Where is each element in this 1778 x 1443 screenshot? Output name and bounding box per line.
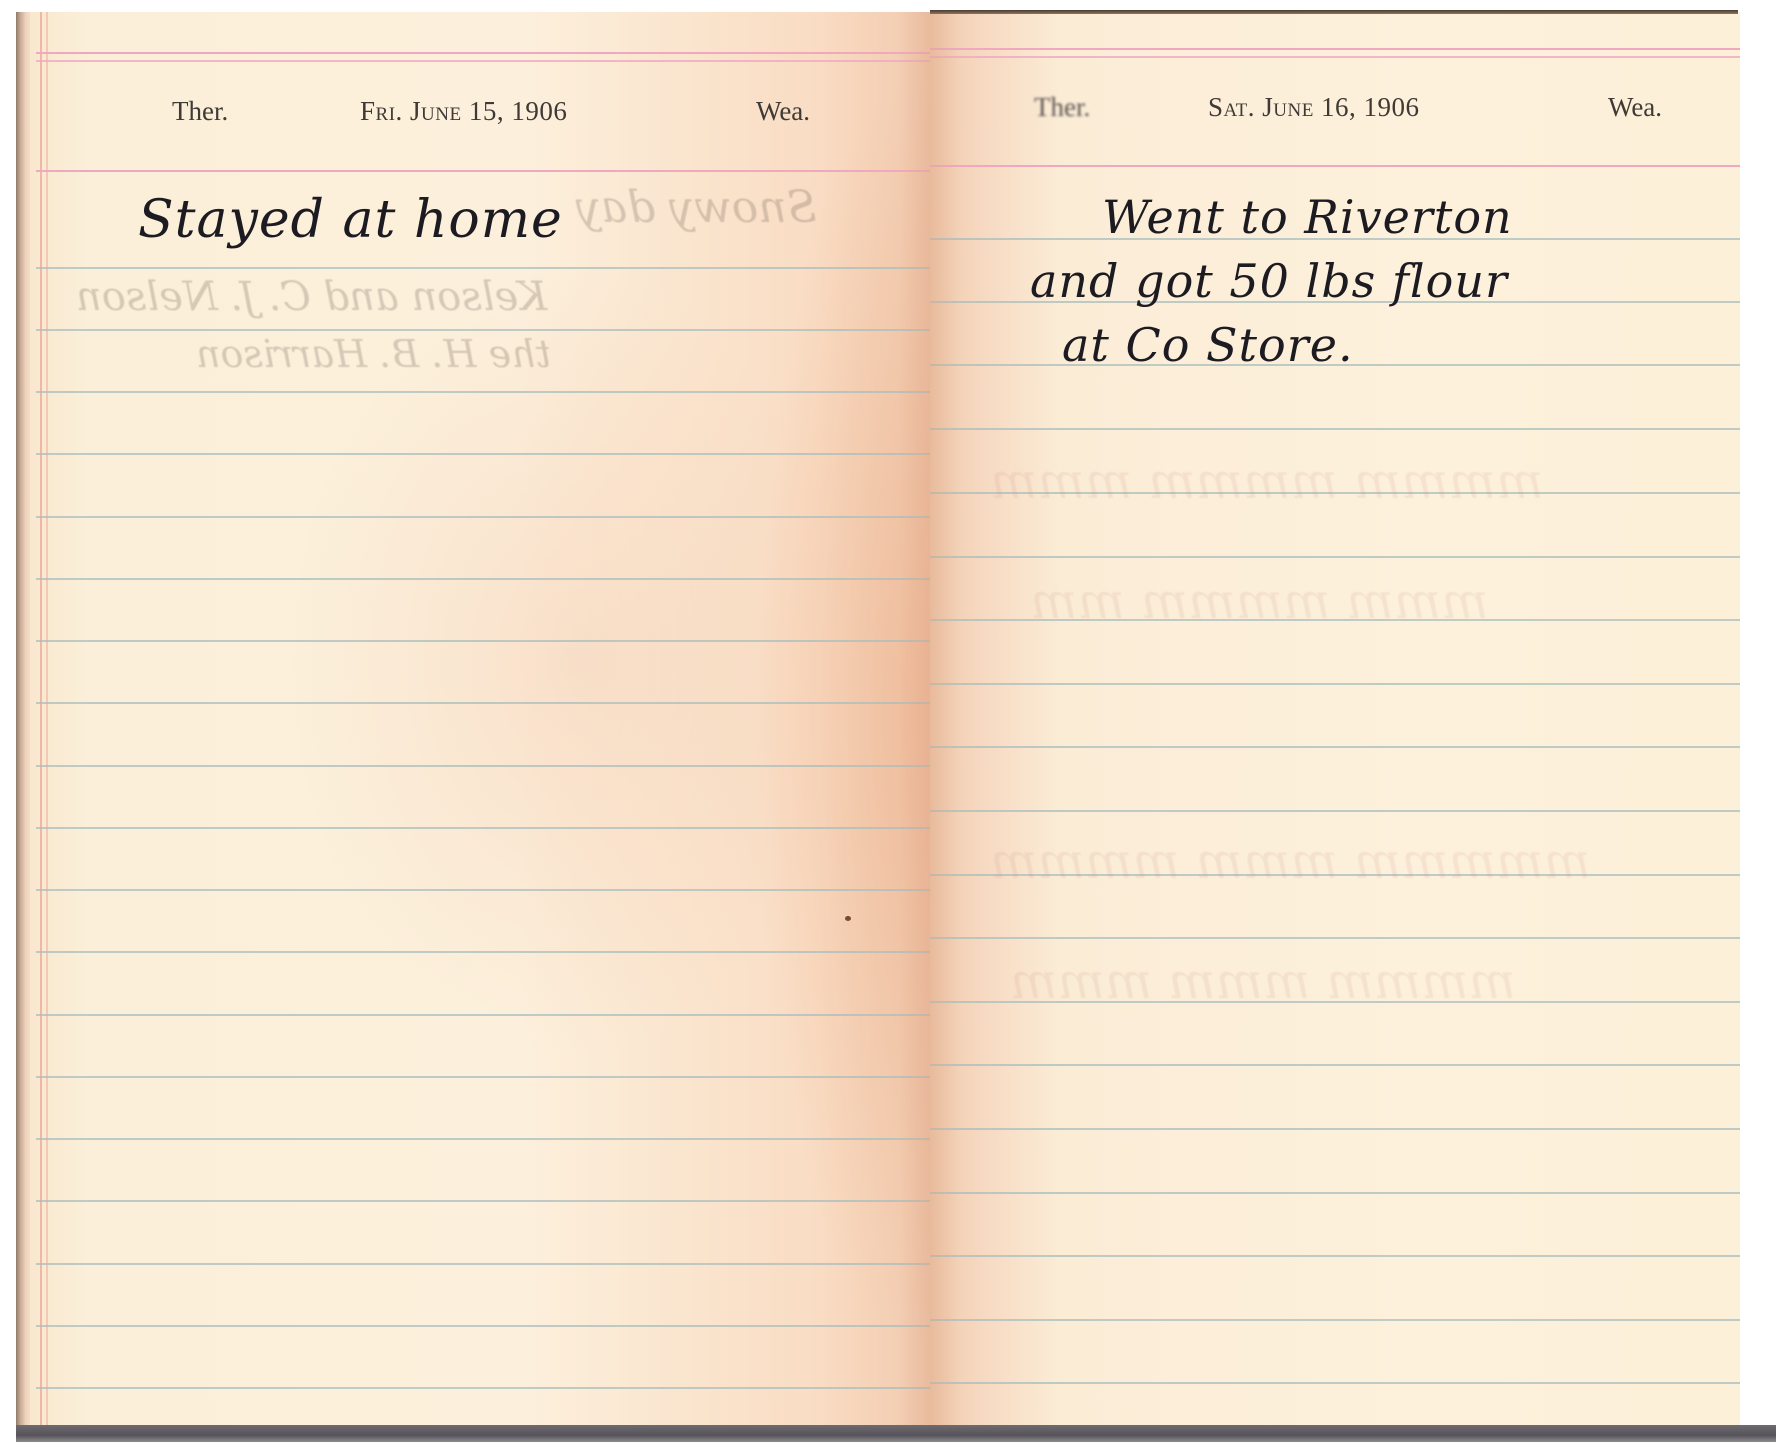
ruled-line [930,1319,1740,1321]
ruled-line [36,329,930,331]
ruled-line [930,1382,1740,1384]
bleed-through-text: mmmm mmm mmm [1010,952,1516,1010]
bleed-through-text: mmmmm mmm mmmm [990,832,1591,890]
ruled-line [930,683,1740,685]
date-label: June 15, 1906 [410,96,567,126]
ruled-line [36,640,930,642]
bleed-through-text: the H. B. Harrison [196,332,551,376]
ruled-line [930,810,1740,812]
ruled-line [36,1138,930,1140]
ruled-line [930,1064,1740,1066]
ruled-line [36,453,930,455]
ruled-line [36,951,930,953]
ruled-line [930,937,1740,939]
ruled-line [930,428,1740,430]
ruled-line [36,702,930,704]
ruled-line [36,827,930,829]
day-label: Sat. [1208,92,1255,122]
margin-rule [46,12,48,1426]
ruled-line [36,1200,930,1202]
diary-entry-line: Went to Riverton [1102,190,1513,244]
weather-label: Wea. [1608,92,1662,123]
thermometer-label: Ther. [1034,92,1090,123]
diary-entry-line: Stayed at home [138,190,563,250]
diary-spread: Ther. Fri. June 15, 1906 Wea. Snowy day [4,12,1774,1438]
thermometer-label: Ther. [172,96,228,127]
page-header: Ther. Sat. June 16, 1906 Wea. [930,92,1740,132]
top-double-rule [930,48,1740,50]
page-header: Ther. Fri. June 15, 1906 Wea. [16,96,930,136]
top-double-rule [36,60,930,62]
book-bottom-edge [16,1425,1776,1442]
bleed-through-text: mmmm mmmm mmm [990,452,1543,510]
header-rule [36,170,930,172]
diary-entry-line: at Co Store. [1062,318,1354,372]
weather-label: Wea. [756,96,810,127]
header-rule [930,165,1740,167]
ruled-line [36,267,930,269]
margin-rule [40,12,42,1426]
date-heading: Sat. June 16, 1906 [1208,92,1420,123]
left-page: Ther. Fri. June 15, 1906 Wea. Snowy day [16,12,930,1426]
ruled-line [930,556,1740,558]
ruled-line [36,1014,930,1016]
top-double-rule [930,56,1740,58]
bleed-through-text: Kelson and C. J. Nelson [76,274,547,320]
ink-speck [845,916,851,921]
date-label: June 16, 1906 [1262,92,1419,122]
top-double-rule [36,52,930,54]
ruled-line [36,578,930,580]
page-top-edge [930,10,1738,14]
date-heading: Fri. June 15, 1906 [360,96,567,127]
ruled-line [36,1076,930,1078]
bleed-through-text: Snowy day [576,182,817,233]
ruled-line [36,1387,930,1389]
bleed-through-text: mmm mmmm mm [1030,572,1489,630]
ruled-line [36,391,930,393]
ruled-line [36,889,930,891]
diary-entry-line: and got 50 lbs flour [1030,254,1508,308]
ruled-line [36,516,930,518]
ruled-line [930,1255,1740,1257]
right-page: Ther. Sat. June 16, 1906 Wea. mmmm mmmm … [930,12,1740,1426]
ruled-line [930,746,1740,748]
ruled-line [930,1128,1740,1130]
ruled-line [930,1192,1740,1194]
day-label: Fri. [360,96,403,126]
ruled-line [36,1263,930,1265]
ruled-line [36,765,930,767]
page-edge [16,12,30,1426]
ruled-line [36,1325,930,1327]
